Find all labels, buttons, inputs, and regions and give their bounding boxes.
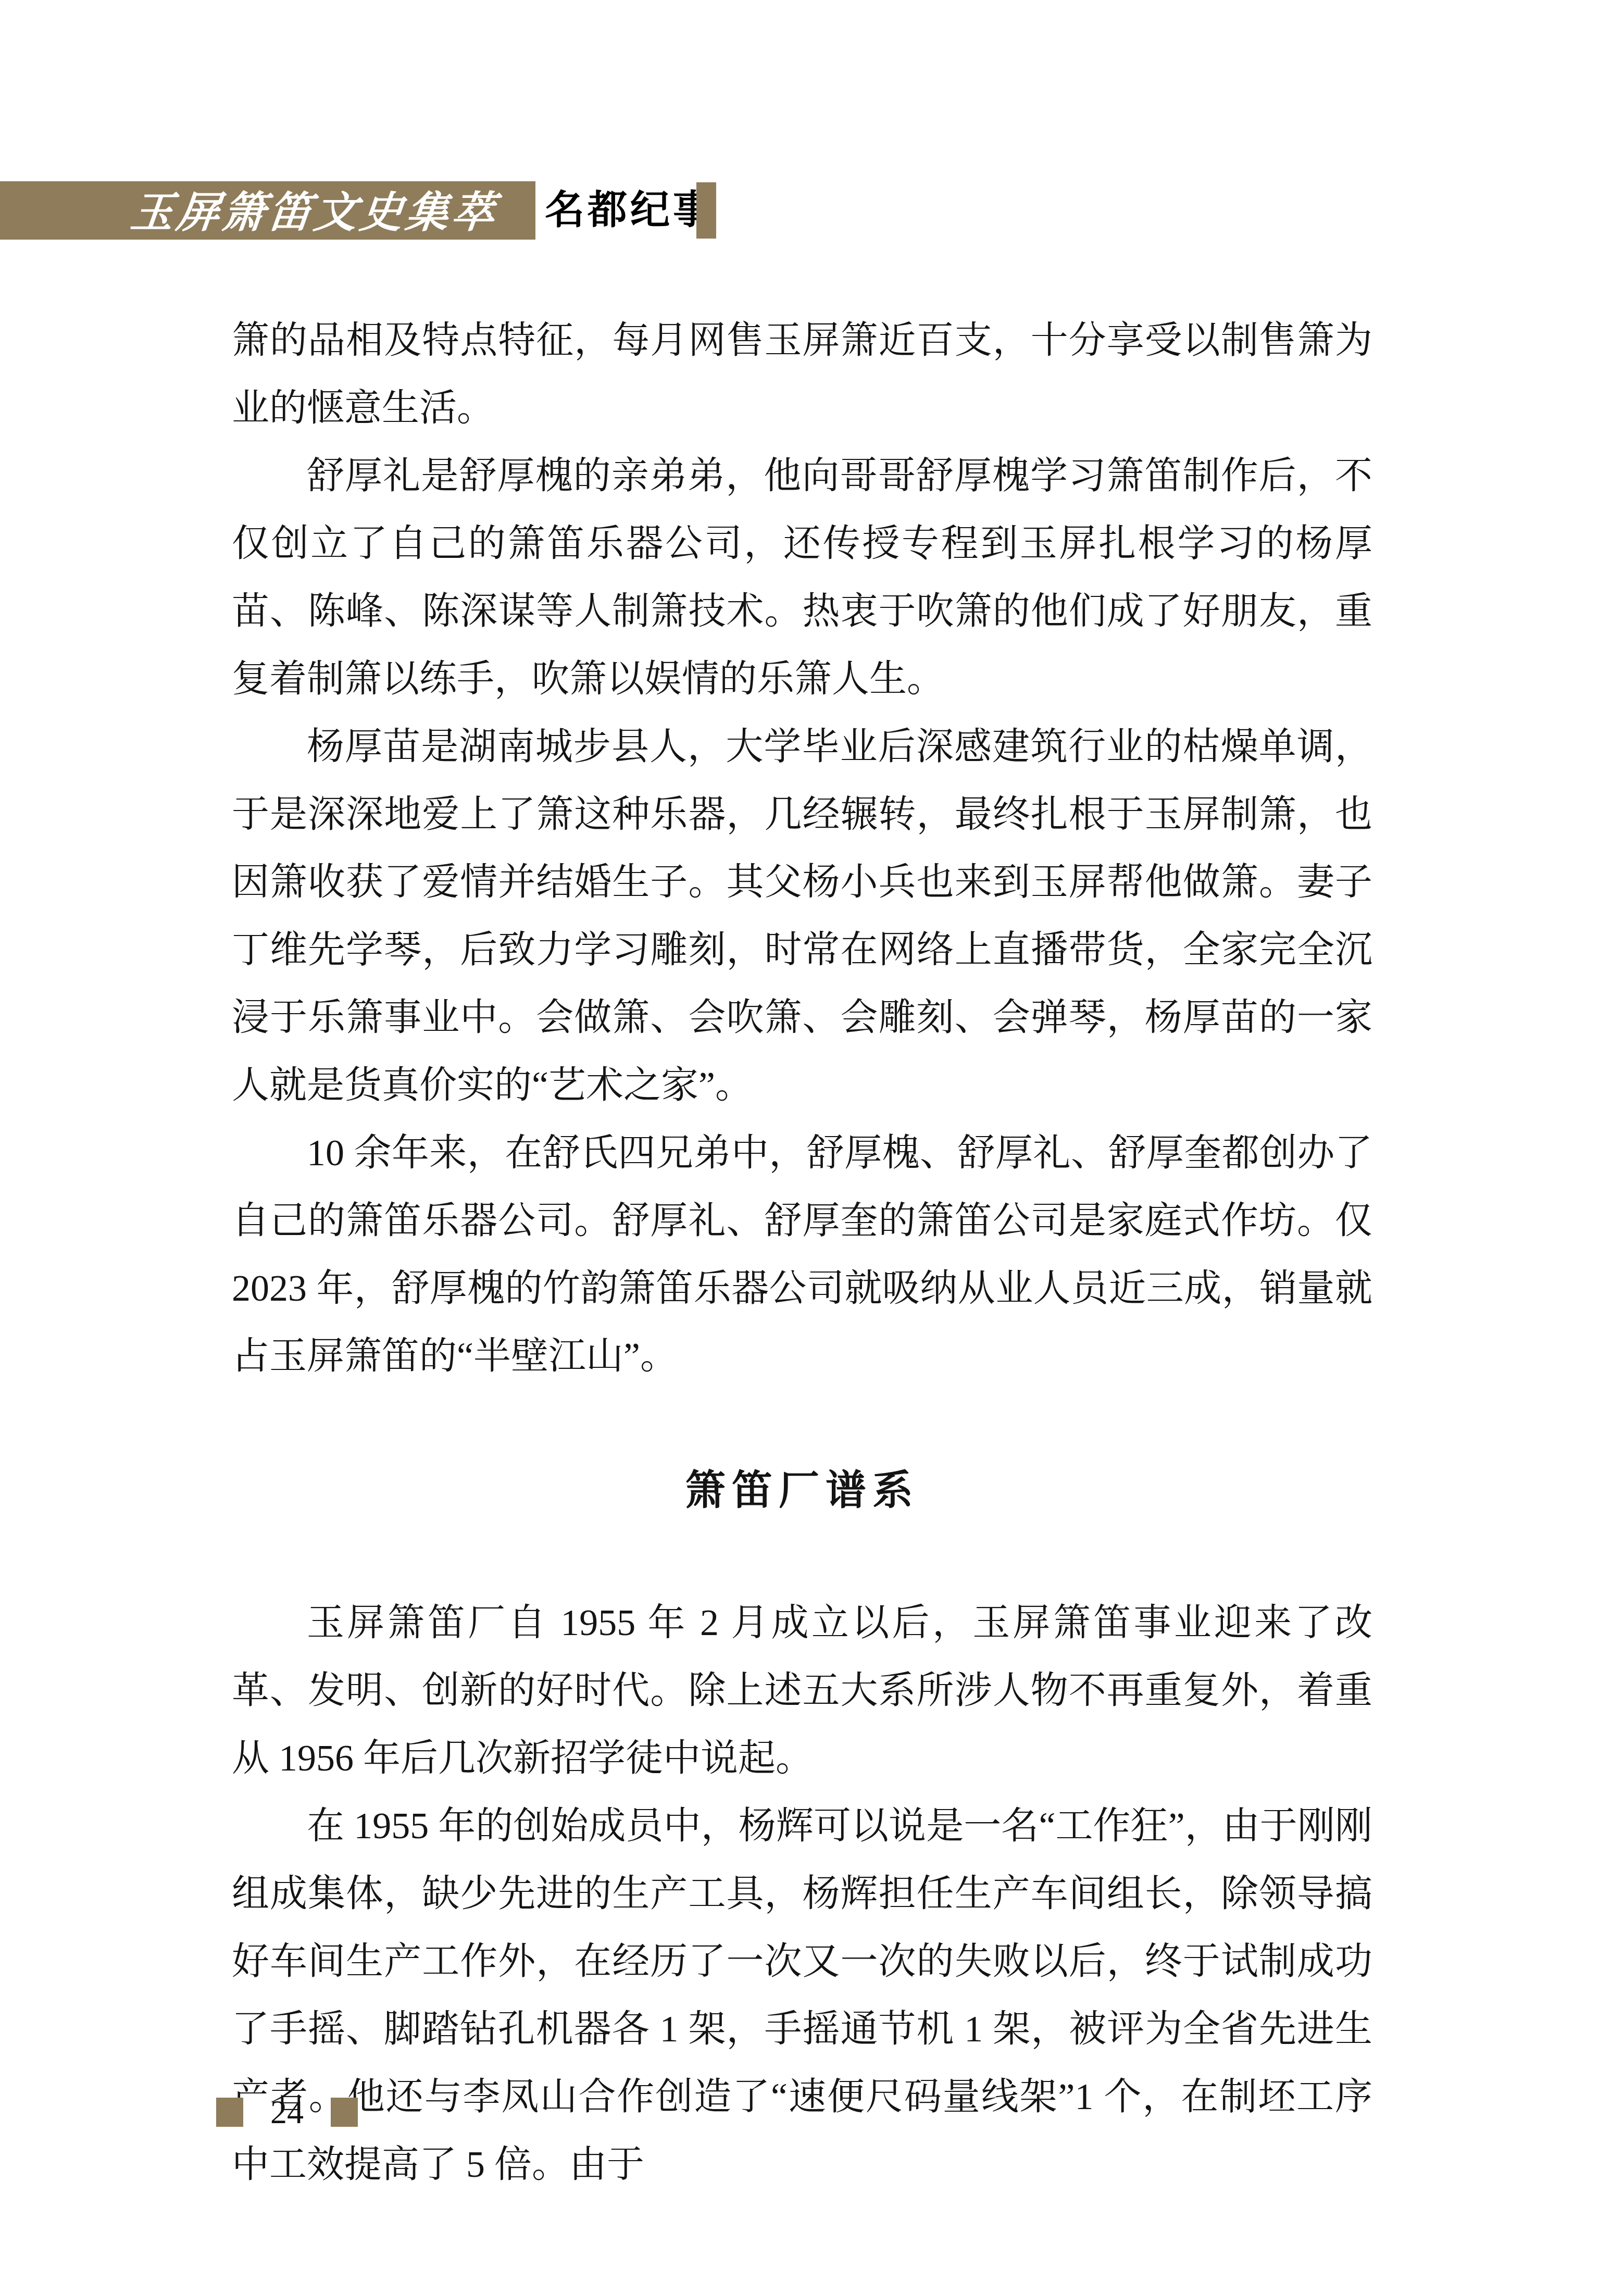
paragraph-continuation: 箫的品相及特点特征，每月网售玉屏箫近百支，十分享受以制售箫为业的惬意生活。 xyxy=(232,306,1372,442)
paragraph: 杨厚苗是湖南城步县人，大学毕业后深感建筑行业的枯燥单调，于是深深地爱上了箫这种乐… xyxy=(232,713,1372,1119)
header-accent-bar xyxy=(696,182,716,239)
header-band: 玉屏箫笛文史集萃 xyxy=(0,181,535,240)
page-number: 24 xyxy=(250,2089,324,2136)
series-title-calligraphy: 玉屏箫笛文史集萃 xyxy=(128,179,501,240)
paragraph: 10 余年来，在舒氏四兄弟中，舒厚槐、舒厚礼、舒厚奎都创办了自己的箫笛乐器公司。… xyxy=(232,1119,1372,1390)
section-heading: 箫笛厂谱系 xyxy=(232,1462,1372,1520)
footer-ornament-right-square xyxy=(331,2098,358,2127)
paragraph: 玉屏箫笛厂自 1955 年 2 月成立以后，玉屏箫笛事业迎来了改革、发明、创新的… xyxy=(232,1589,1372,1792)
footer-ornament-left-square xyxy=(216,2098,243,2127)
book-page: 玉屏箫笛文史集萃 名都纪事 箫的品相及特点特征，每月网售玉屏箫近百支，十分享受以… xyxy=(0,0,1624,2269)
page-body: 箫的品相及特点特征，每月网售玉屏箫近百支，十分享受以制售箫为业的惬意生活。 舒厚… xyxy=(232,306,1372,2198)
section-label: 名都纪事 xyxy=(545,181,716,240)
paragraph: 在 1955 年的创始成员中，杨辉可以说是一名“工作狂”，由于刚刚组成集体，缺少… xyxy=(232,1792,1372,2198)
paragraph: 舒厚礼是舒厚槐的亲弟弟，他向哥哥舒厚槐学习箫笛制作后，不仅创立了自己的箫笛乐器公… xyxy=(232,442,1372,713)
